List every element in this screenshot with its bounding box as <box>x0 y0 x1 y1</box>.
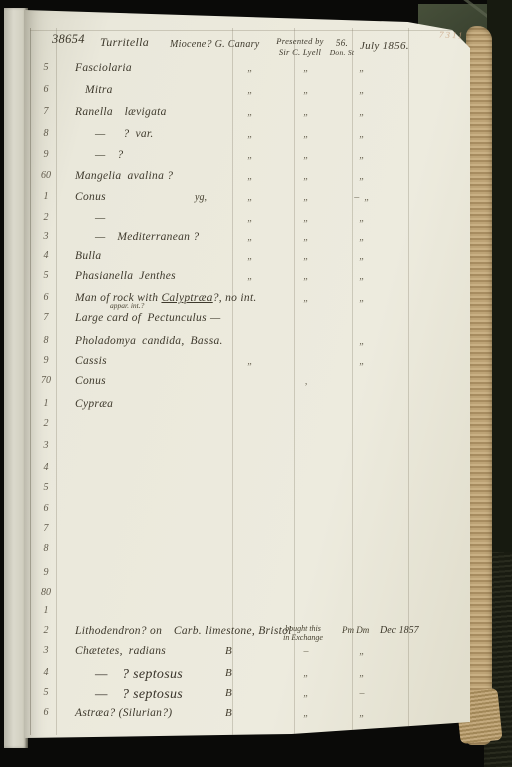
row-entry-text: Man of rock with Calyptræa?, no int. <box>75 292 257 304</box>
row-entry-text: Pholadomya candida, Bassa. <box>75 335 223 347</box>
row-entry-text: Mangelia avalina ? <box>75 170 173 182</box>
entry-subline: appar. int.? <box>110 301 144 310</box>
row-number: 1 <box>32 605 60 616</box>
row-number: 9 <box>32 149 60 160</box>
ditto-mark-presented: „ <box>297 63 315 74</box>
acquired-note-line1: bought this <box>270 624 336 633</box>
row-number: 1 <box>32 191 60 202</box>
row-number: 3 <box>32 231 60 242</box>
acquired-note-line2: in Exchange <box>270 633 336 642</box>
header-acquisition-line2: Don. St <box>320 48 364 57</box>
ditto-mark-presented: „ <box>297 251 315 262</box>
locality-ditto-B: B <box>225 645 232 657</box>
ditto-mark-presented: „ <box>297 688 315 699</box>
entry-text-part: Mitra <box>85 84 113 96</box>
entry-text-part: Large card of Pectunculus — <box>75 312 221 324</box>
ledger-row: 8— ? var.„„„ <box>24 128 470 148</box>
ditto-mark-presented: „ <box>297 668 315 679</box>
entry-text-part: Phasianella Jenthes <box>75 270 176 282</box>
row-number: 6 <box>32 292 60 303</box>
ditto-mark-presented: „ <box>297 192 315 203</box>
row-number: 2 <box>32 625 60 636</box>
ditto-mark-acquisition: – <box>353 688 371 699</box>
ledger-row: 9Cassis„„ <box>24 355 470 375</box>
row-entry-text: Fasciolaria <box>75 62 132 74</box>
row-number: 6 <box>32 503 60 514</box>
entry-text-part: Pholadomya candida, Bassa. <box>75 335 223 347</box>
row-number: 5 <box>32 270 60 281</box>
ditto-mark-locality: „ <box>241 150 259 161</box>
ditto-mark-acquisition: „ <box>353 150 371 161</box>
ledger-row: 1Cypræa <box>24 398 470 418</box>
row-entry-text: Ranella lævigata <box>75 106 167 118</box>
row-number: 2 <box>32 418 60 429</box>
row-number: 8 <box>32 543 60 554</box>
ditto-mark-locality: „ <box>241 356 259 367</box>
ledger-row: 4 <box>24 462 470 482</box>
ditto-mark-presented: – <box>297 646 315 657</box>
ditto-mark-locality: „ <box>241 107 259 118</box>
ditto-mark-acquisition: „ <box>353 271 371 282</box>
ledger-row: 2 <box>24 418 470 438</box>
row-number: 9 <box>32 355 60 366</box>
ditto-mark-locality: „ <box>241 271 259 282</box>
row-number: 3 <box>32 645 60 656</box>
ledger-row: 3— Mediterranean ?„„„ <box>24 231 470 251</box>
entry-text-part: Astræa? (Silurian?) <box>75 707 172 719</box>
ditto-mark-acquisition: „ <box>353 293 371 304</box>
acquisition-code: Pm Dm <box>342 625 369 635</box>
ledger-row: 4— ? septosusB„„ <box>24 667 470 687</box>
register-number: 38654 <box>52 32 85 47</box>
ledger-row: 5 <box>24 482 470 502</box>
row-entry-text: Cypræa <box>75 398 113 410</box>
header-acquisition-line1: 56. <box>320 38 364 48</box>
row-entry-text: — ? septosus <box>95 667 183 683</box>
ditto-mark-acquisition: „ <box>353 63 371 74</box>
row-entry-text: — ? <box>95 149 123 161</box>
entry-text-part: Bulla <box>75 250 101 262</box>
ledger-row: 6Man of rock with Calyptræa?, no int.app… <box>24 292 470 312</box>
row-number: 4 <box>32 250 60 261</box>
ditto-mark-acquisition: „ <box>353 336 371 347</box>
ditto-mark-presented: „ <box>297 85 315 96</box>
ditto-mark-acquisition: „ <box>353 232 371 243</box>
ditto-mark-acquisition: „ <box>353 646 371 657</box>
row-number: 8 <box>32 128 60 139</box>
ledger-row: 5— ? septosusB„– <box>24 687 470 707</box>
row-number: 5 <box>32 62 60 73</box>
ditto-mark-presented: „ <box>297 213 315 224</box>
row-number: 6 <box>32 84 60 95</box>
row-entry-text: Lithodendron? on Carb. limestone, Bristo… <box>75 625 292 637</box>
header-taxon: Turritella <box>100 35 149 50</box>
row-entry-text: Conus <box>75 375 106 387</box>
row-entry-text: — <box>95 212 106 224</box>
entry-text-part: Cypræa <box>75 398 113 410</box>
entry-text-part: Ranella lævigata <box>75 106 167 118</box>
entry-note: yg, <box>195 192 207 203</box>
row-entry-text: Phasianella Jenthes <box>75 270 176 282</box>
ditto-mark-presented: „ <box>297 293 315 304</box>
entry-text-part: ?, no int. <box>213 292 257 304</box>
row-number: 8 <box>32 335 60 346</box>
row-number: 1 <box>32 398 60 409</box>
ledger-row: 2—„„„ <box>24 212 470 232</box>
ditto-mark-acquisition: „ <box>353 107 371 118</box>
ditto-mark-locality: „ <box>241 129 259 140</box>
entry-text-part: — Mediterranean ? <box>95 231 199 243</box>
ditto-mark-acquisition: „ <box>353 356 371 367</box>
ledger-row: 9 <box>24 567 470 587</box>
ledger-row: 7Ranella lævigata„„„ <box>24 106 470 126</box>
ditto-mark-acquisition: „ <box>353 171 371 182</box>
entry-text-part: Cassis <box>75 355 107 367</box>
ledger-row: 5Phasianella Jenthes„„„ <box>24 270 470 290</box>
entry-text-part: Mangelia avalina ? <box>75 170 173 182</box>
row-number: 4 <box>32 667 60 678</box>
row-number: 2 <box>32 212 60 223</box>
photo-backdrop: 38654 Turritella Miocene? G. Canary Pres… <box>0 0 512 767</box>
row-number: 3 <box>32 440 60 451</box>
row-number: 80 <box>32 587 60 598</box>
ditto-mark-locality: „ <box>241 192 259 203</box>
row-number: 6 <box>32 707 60 718</box>
row-number: 5 <box>32 687 60 698</box>
ditto-mark-locality: „ <box>241 232 259 243</box>
ditto-mark-acquisition: „ <box>353 668 371 679</box>
ledger-row: 80 <box>24 587 470 607</box>
ledger-row: 1 <box>24 605 470 625</box>
ditto-mark-acquisition: – „ <box>353 192 371 203</box>
ledger-row: 7 <box>24 523 470 543</box>
row-entry-text: Bulla <box>75 250 101 262</box>
entry-text-part: Fasciolaria <box>75 62 132 74</box>
ditto-mark-acquisition: „ <box>353 213 371 224</box>
ledger-row: 3 <box>24 440 470 460</box>
ditto-mark-presented: „ <box>297 271 315 282</box>
entry-text-part: Chætetes, radians <box>75 645 166 657</box>
locality-ditto-B: B <box>225 687 232 699</box>
ledger-row: 6Astræa? (Silurian?)B„„ <box>24 707 470 727</box>
locality-ditto-B: B <box>225 667 232 679</box>
ditto-mark-presented: „ <box>297 232 315 243</box>
ditto-mark-acquisition: „ <box>353 85 371 96</box>
ditto-mark-presented: ‚ <box>297 376 315 387</box>
row-number: 7 <box>32 106 60 117</box>
ditto-mark-locality: „ <box>241 85 259 96</box>
row-entry-text: Chætetes, radians <box>75 645 166 657</box>
header-date: July 1856. <box>360 40 409 52</box>
locality-ditto-B: B <box>225 707 232 719</box>
row-entry-text: — ? var. <box>95 128 154 140</box>
entry-text-underlined: Calyptræa <box>161 292 212 304</box>
entry-text-part: — ? var. <box>95 128 154 140</box>
row-entry-text: — ? septosus <box>95 687 183 703</box>
row-number: 9 <box>32 567 60 578</box>
ditto-mark-acquisition: „ <box>353 129 371 140</box>
ledger-row: 70Conus‚ <box>24 375 470 395</box>
ditto-mark-presented: „ <box>297 129 315 140</box>
row-number: 70 <box>32 375 60 386</box>
ledger-row: 4Bulla„„„ <box>24 250 470 270</box>
row-entry-text: — Mediterranean ? <box>95 231 199 243</box>
pencil-folio-number: 7311 <box>439 30 465 41</box>
entry-text-part: — ? <box>95 149 123 161</box>
ledger-row: 7Large card of Pectunculus — <box>24 312 470 332</box>
entry-text-part: — ? septosus <box>95 687 183 702</box>
ditto-mark-locality: „ <box>241 251 259 262</box>
row-entry-text: Large card of Pectunculus — <box>75 312 221 324</box>
ditto-mark-locality: „ <box>241 63 259 74</box>
row-entry-text: Mitra <box>85 84 113 96</box>
ditto-mark-locality: „ <box>241 171 259 182</box>
row-entry-text: Cassis <box>75 355 107 367</box>
ditto-mark-presented: „ <box>297 107 315 118</box>
ditto-mark-presented: „ <box>297 171 315 182</box>
entry-text-part: — ? septosus <box>95 667 183 682</box>
ledger-row: 6 <box>24 503 470 523</box>
ledger-row: 1Conusyg,„„– „ <box>24 191 470 211</box>
row-entry-text: Astræa? (Silurian?) <box>75 707 172 719</box>
ledger-row: 3Chætetes, radiansB–„ <box>24 645 470 665</box>
ledger-row: 60Mangelia avalina ?„„„ <box>24 170 470 190</box>
header-rule <box>30 30 460 31</box>
row-number: 5 <box>32 482 60 493</box>
header-locality: Miocene? G. Canary <box>170 39 260 50</box>
ledger-row: 2Lithodendron? on Carb. limestone, Brist… <box>24 625 470 645</box>
entry-text-part: — <box>95 212 106 224</box>
entry-text-part: Conus <box>75 191 106 203</box>
entry-text-part: Conus <box>75 375 106 387</box>
ledger-page: 38654 Turritella Miocene? G. Canary Pres… <box>24 6 470 745</box>
ledger-row: 8Pholadomya candida, Bassa.„ <box>24 335 470 355</box>
row-number: 7 <box>32 523 60 534</box>
ditto-mark-acquisition: „ <box>353 251 371 262</box>
entry-date: Dec 1857 <box>380 625 419 636</box>
ledger-row: 8 <box>24 543 470 563</box>
ditto-mark-locality: „ <box>241 213 259 224</box>
row-number: 4 <box>32 462 60 473</box>
entry-text-part: Lithodendron? on Carb. limestone, Bristo… <box>75 625 292 637</box>
ledger-row: 5Fasciolaria„„„ <box>24 62 470 82</box>
row-number: 7 <box>32 312 60 323</box>
ditto-mark-acquisition: „ <box>353 708 371 719</box>
row-entry-text: Conus <box>75 191 106 203</box>
ledger-row: 6Mitra„„„ <box>24 84 470 104</box>
row-number: 60 <box>32 170 60 181</box>
ledger-row: 9— ?„„„ <box>24 149 470 169</box>
ditto-mark-presented: „ <box>297 708 315 719</box>
ditto-mark-presented: „ <box>297 150 315 161</box>
